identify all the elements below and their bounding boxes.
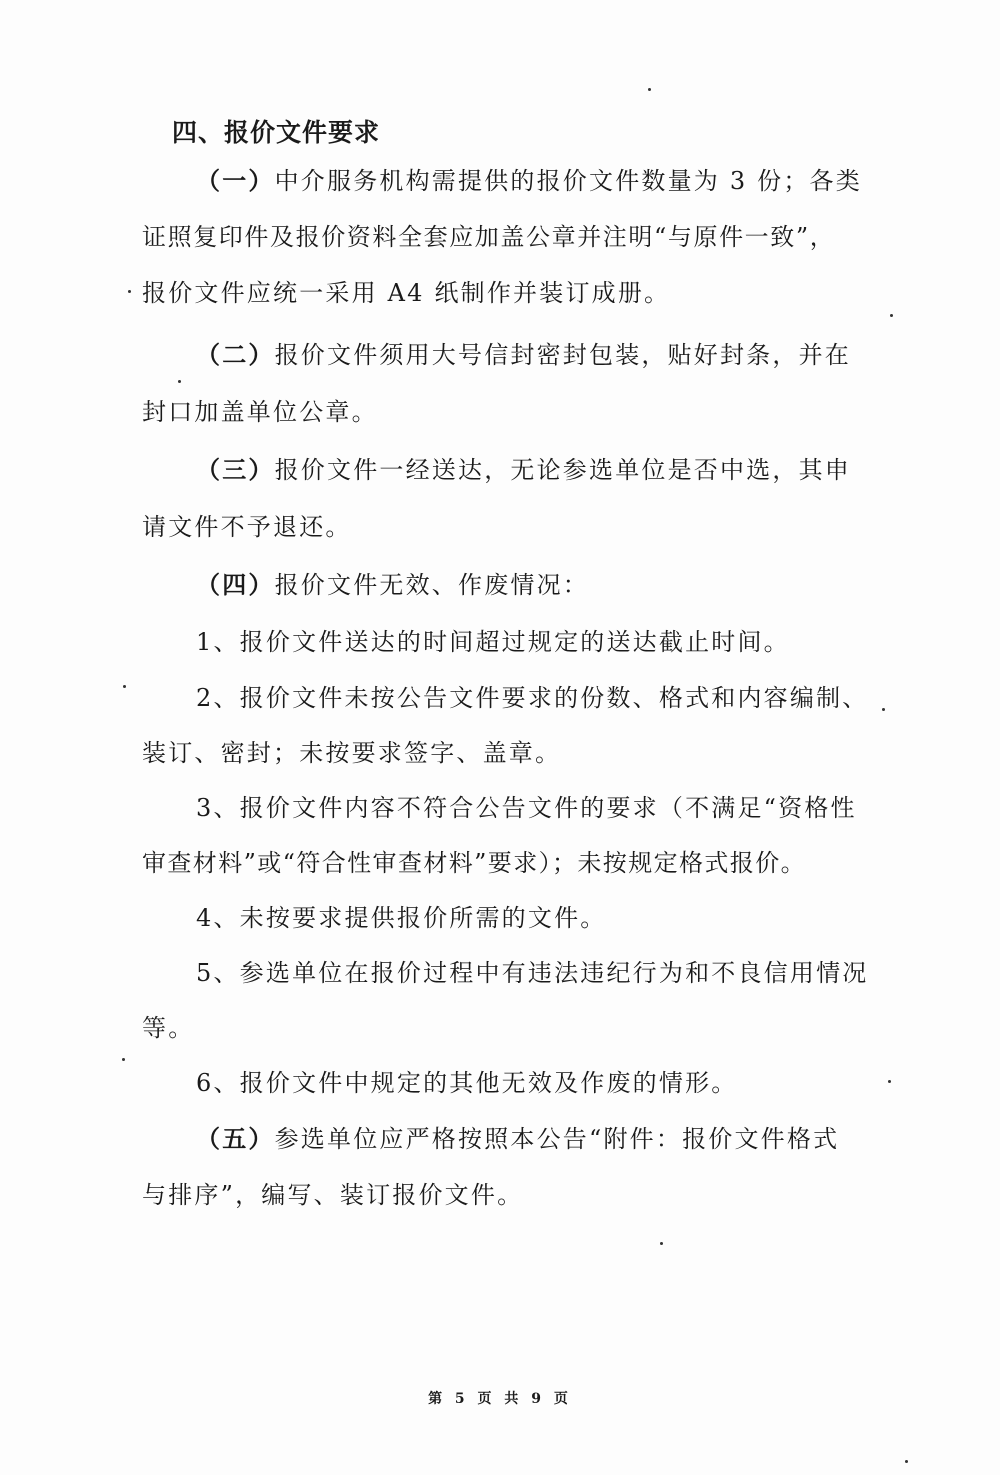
section-heading: 四、报价文件要求 (172, 118, 380, 148)
paragraph-label: （五） (196, 1125, 275, 1153)
paragraph-4-line-1: （四）报价文件无效、作废情况： (196, 570, 589, 600)
paragraph-5-line-2: 与排序”，编写、装订报价文件。 (142, 1180, 523, 1210)
list-item-2-line-1: 2、报价文件未按公告文件要求的份数、格式和内容编制、 (196, 683, 868, 713)
list-item-5-line-2: 等。 (142, 1013, 194, 1043)
paragraph-label: （四） (196, 571, 275, 599)
scan-speck (660, 1242, 663, 1245)
paragraph-2-line-1: （二）报价文件须用大号信封密封包装，贴好封条，并在 (196, 340, 851, 370)
paragraph-label: （三） (196, 456, 275, 484)
list-item-5-line-1: 5、参选单位在报价过程中有违法违纪行为和不良信用情况 (196, 958, 868, 988)
scan-speck (178, 380, 181, 383)
list-item-6: 6、报价文件中规定的其他无效及作废的情形。 (196, 1068, 737, 1098)
list-item-4: 4、未按要求提供报价所需的文件。 (196, 903, 606, 933)
paragraph-1-line-1: （一）中介服务机构需提供的报价文件数量为 3 份；各类 (196, 166, 862, 196)
scan-speck (122, 1058, 125, 1061)
list-item-3-line-1: 3、报价文件内容不符合公告文件的要求（不满足“资格性 (196, 793, 857, 823)
list-item-1: 1、报价文件送达的时间超过规定的送达截止时间。 (196, 627, 790, 657)
paragraph-3-line-1: （三）报价文件一经送达，无论参选单位是否中选，其申 (196, 455, 851, 485)
paragraph-1-line-2: 证照复印件及报价资料全套应加盖公章并注明“与原件一致”， (142, 222, 835, 252)
page-number-footer: 第 5 页 共 9 页 (0, 1388, 1000, 1408)
list-item-2-line-2: 装订、密封；未按要求签字、盖章。 (142, 738, 561, 768)
scan-speck (882, 708, 885, 711)
scan-speck (888, 1080, 891, 1083)
paragraph-1-line-3: 报价文件应统一采用 A4 纸制作并装订成册。 (142, 278, 670, 308)
scan-speck (123, 685, 126, 688)
scan-speck (905, 1460, 908, 1463)
scan-speck (890, 314, 893, 317)
scan-speck (648, 88, 651, 91)
paragraph-3-line-2: 请文件不予退还。 (142, 512, 352, 542)
list-item-3-line-2: 审查材料”或“符合性审查材料”要求）；未按规定格式报价。 (142, 848, 806, 878)
paragraph-label: （二） (196, 341, 275, 369)
paragraph-2-line-2: 封口加盖单位公章。 (142, 397, 378, 427)
paragraph-5-line-1: （五）参选单位应严格按照本公告“附件：报价文件格式 (196, 1124, 839, 1154)
paragraph-label: （一） (196, 167, 275, 195)
scan-speck (128, 290, 131, 293)
